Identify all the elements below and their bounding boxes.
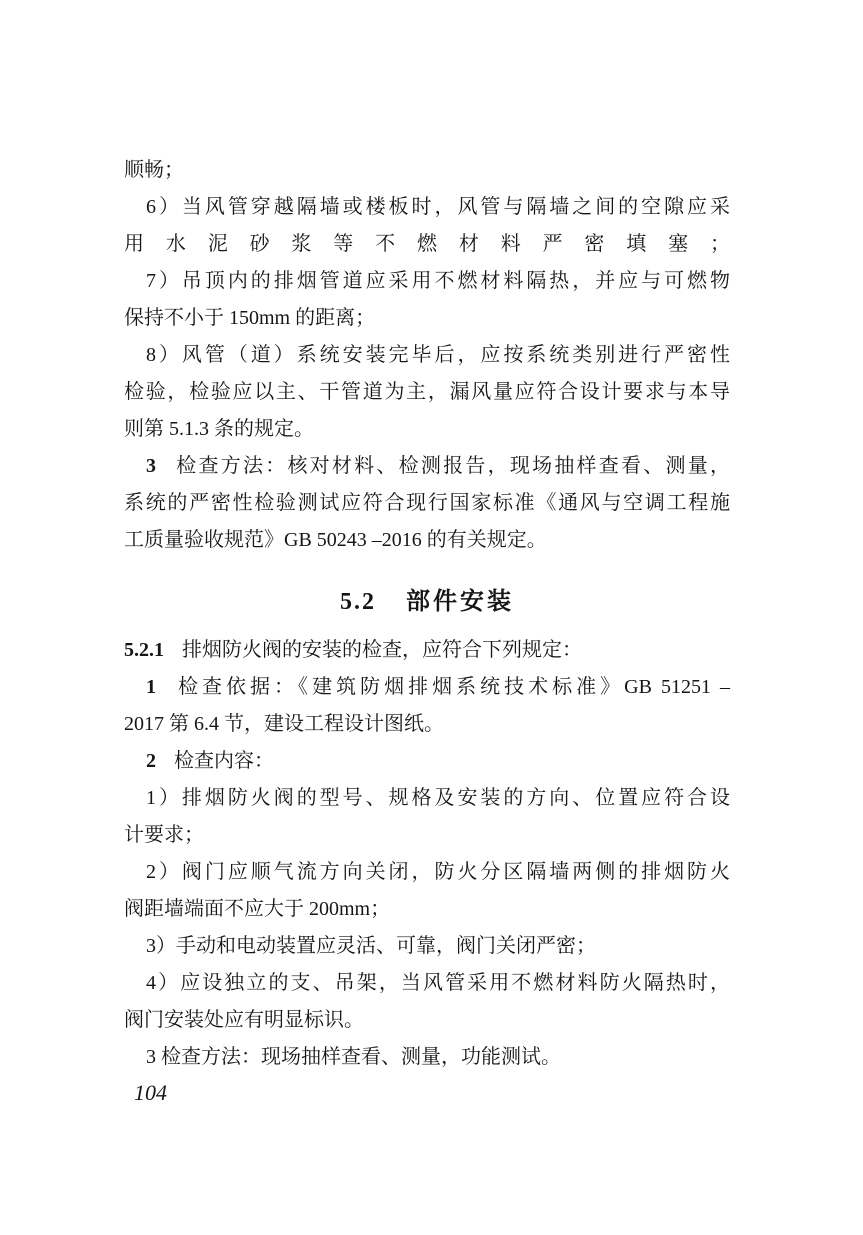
line-text: 工质量验收规范》GB 50243 –2016 的有关规定。	[124, 529, 547, 551]
clause-number: 5.2.1	[124, 639, 164, 661]
line-text: 系统的严密性检验测试应符合现行国家标准《通风与空调工程施	[124, 492, 730, 514]
section-title: 部件安装	[406, 588, 514, 615]
paragraph-line: 2检查内容：	[124, 743, 730, 780]
paragraph-line: 4）应设独立的支、吊架，当风管采用不燃材料防火隔热时，	[124, 965, 730, 1002]
item-number: 2	[146, 750, 156, 772]
line-text: 保持不小于 150mm 的距离；	[124, 307, 375, 329]
paragraph-line: 检验，检验应以主、干管道为主，漏风量应符合设计要求与本导	[124, 374, 730, 411]
line-text: 用水泥砂浆等不燃材料严密填塞；	[124, 233, 730, 255]
line-text: 阀门安装处应有明显标识。	[124, 1009, 364, 1031]
paragraph-line: 2）阀门应顺气流方向关闭，防火分区隔墙两侧的排烟防火	[124, 854, 730, 891]
paragraph-line: 6）当风管穿越隔墙或楼板时，风管与隔墙之间的空隙应采	[124, 189, 730, 226]
section-heading: 5.2部件安装	[124, 583, 730, 620]
paragraph-line: 保持不小于 150mm 的距离；	[124, 300, 730, 337]
paragraph-line: 1）排烟防火阀的型号、规格及安装的方向、位置应符合设	[124, 780, 730, 817]
line-text: 检查依据：《建筑防烟排烟系统技术标准》GB 51251 –	[174, 676, 730, 698]
line-text: 8）风管（道）系统安装完毕后，应按系统类别进行严密性	[146, 344, 730, 366]
line-text: 计要求；	[124, 824, 204, 846]
page-number: 104	[124, 1078, 730, 1108]
line-text: 6）当风管穿越隔墙或楼板时，风管与隔墙之间的空隙应采	[146, 196, 730, 218]
paragraph-line: 工质量验收规范》GB 50243 –2016 的有关规定。	[124, 522, 730, 559]
paragraph-line: 8）风管（道）系统安装完毕后，应按系统类别进行严密性	[124, 337, 730, 374]
line-text: 1）排烟防火阀的型号、规格及安装的方向、位置应符合设	[146, 787, 730, 809]
line-text: 4）应设独立的支、吊架，当风管采用不燃材料防火隔热时，	[146, 972, 730, 994]
paragraph-line: 2017 第 6.4 节，建设工程设计图纸。	[124, 706, 730, 743]
paragraph-line: 7）吊顶内的排烟管道应采用不燃材料隔热，并应与可燃物	[124, 263, 730, 300]
line-text: 则第 5.1.3 条的规定。	[124, 418, 314, 440]
paragraph-line: 顺畅；	[124, 152, 730, 189]
line-text: 排烟防火阀的安装的检查，应符合下列规定：	[182, 639, 582, 661]
line-text: 7）吊顶内的排烟管道应采用不燃材料隔热，并应与可燃物	[146, 270, 730, 292]
paragraph-line: 阀距墙端面不应大于 200mm；	[124, 891, 730, 928]
item-number: 3	[146, 455, 156, 477]
line-text: 检查内容：	[174, 750, 274, 772]
line-text: 3 检查方法：现场抽样查看、测量，功能测试。	[146, 1046, 561, 1068]
text-block: 顺畅； 6）当风管穿越隔墙或楼板时，风管与隔墙之间的空隙应采 用水泥砂浆等不燃材…	[124, 0, 730, 1108]
document-page: 顺畅； 6）当风管穿越隔墙或楼板时，风管与隔墙之间的空隙应采 用水泥砂浆等不燃材…	[0, 0, 863, 1235]
paragraph-line: 则第 5.1.3 条的规定。	[124, 411, 730, 448]
line-text: 阀距墙端面不应大于 200mm；	[124, 898, 390, 920]
section-number: 5.2	[340, 589, 376, 615]
line-text: 顺畅；	[124, 159, 184, 181]
paragraph-line: 3检查方法：核对材料、检测报告，现场抽样查看、测量，	[124, 448, 730, 485]
line-text: 检查方法：核对材料、检测报告，现场抽样查看、测量，	[174, 455, 730, 477]
paragraph-line: 1检查依据：《建筑防烟排烟系统技术标准》GB 51251 –	[124, 669, 730, 706]
paragraph-line: 计要求；	[124, 817, 730, 854]
paragraph-line: 5.2.1排烟防火阀的安装的检查，应符合下列规定：	[124, 632, 730, 669]
line-text: 3）手动和电动装置应灵活、可靠，阀门关闭严密；	[146, 935, 596, 957]
item-number: 1	[146, 676, 156, 698]
paragraph-line: 阀门安装处应有明显标识。	[124, 1002, 730, 1039]
paragraph-line: 3 检查方法：现场抽样查看、测量，功能测试。	[124, 1039, 730, 1076]
line-text: 2017 第 6.4 节，建设工程设计图纸。	[124, 713, 444, 735]
line-text: 2）阀门应顺气流方向关闭，防火分区隔墙两侧的排烟防火	[146, 861, 730, 883]
line-text: 检验，检验应以主、干管道为主，漏风量应符合设计要求与本导	[124, 381, 730, 403]
paragraph-line: 用水泥砂浆等不燃材料严密填塞；	[124, 226, 730, 263]
paragraph-line: 3）手动和电动装置应灵活、可靠，阀门关闭严密；	[124, 928, 730, 965]
paragraph-line: 系统的严密性检验测试应符合现行国家标准《通风与空调工程施	[124, 485, 730, 522]
